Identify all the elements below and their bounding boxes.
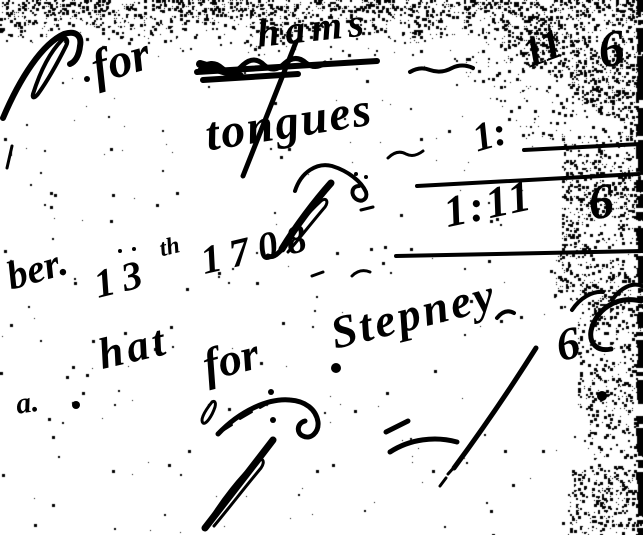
dash-leader-row1 bbox=[410, 66, 473, 73]
dash-leader-row2 bbox=[388, 151, 423, 158]
paraph-flourish-bottom bbox=[202, 400, 318, 528]
left-margin-stroke bbox=[7, 146, 12, 168]
amount-dash-row2 bbox=[524, 144, 641, 150]
right-edge-curl bbox=[572, 285, 642, 401]
paraph-flourish-top-left bbox=[3, 33, 90, 118]
sum-rule-lower bbox=[396, 251, 643, 256]
entry-word-a: a. bbox=[14, 387, 40, 420]
stepney-tail-swash bbox=[390, 348, 536, 486]
manuscript-scan-page: hams for 11 6 tongues 1: 1:11 6 ber. 13 … bbox=[0, 0, 643, 535]
